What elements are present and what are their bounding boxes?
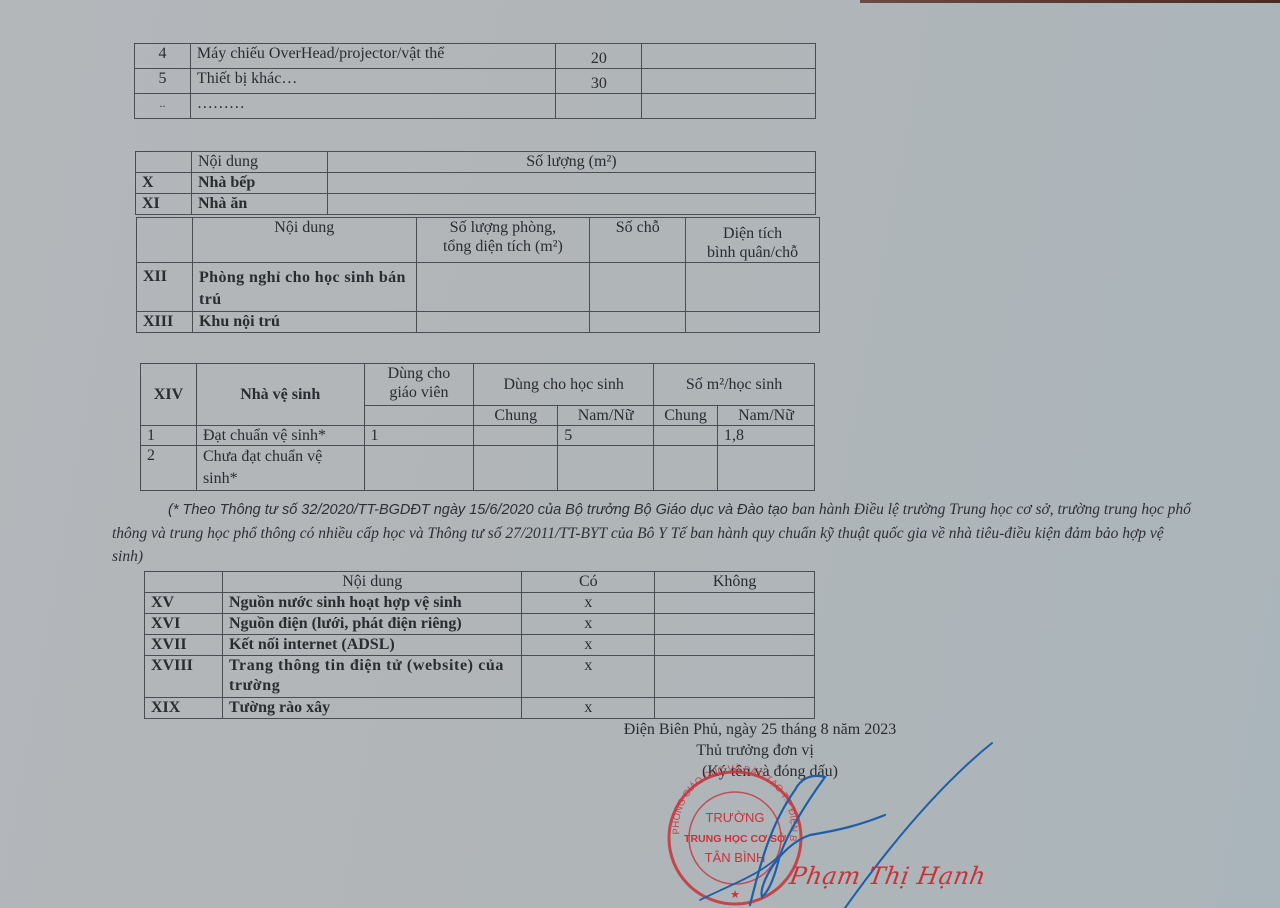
footnote-part1: (* Theo Thông tư số 32/2020/TT-BGDĐT ngà…	[168, 502, 788, 518]
section-title: Nhà vệ sinh	[196, 364, 364, 426]
item-seats	[590, 312, 686, 333]
header-seats: Số chỗ	[590, 218, 686, 263]
item-name: Nguồn điện (lưới, phát điện riêng)	[222, 614, 522, 635]
empty-cell	[364, 406, 474, 426]
no-mark	[655, 635, 815, 656]
per-mf-value: 1,8	[718, 426, 815, 446]
item-name: Kết nối internet (ADSL)	[222, 635, 522, 656]
table-row: XII Phòng nghỉ cho học sinh bán trú	[137, 263, 820, 312]
item-note	[642, 44, 816, 69]
item-avg-area	[686, 312, 820, 333]
table-row: 1 Đạt chuẩn vệ sinh* 1 5 1,8	[141, 426, 815, 446]
row-number: XIX	[145, 698, 223, 719]
table-row: XVIII Trang thông tin điện tử (website) …	[145, 656, 815, 698]
item-quantity: 20	[556, 44, 642, 69]
per-common-value	[654, 446, 718, 491]
header-content: Nội dung	[222, 572, 522, 593]
header-per-mf: Nam/Nữ	[718, 406, 815, 426]
header-avg-area-line2: bình quân/chỗ	[707, 244, 798, 261]
row-number: XII	[137, 263, 193, 312]
header-no: Không	[655, 572, 815, 593]
yes-mark: x	[522, 656, 655, 698]
table-row: 4 Máy chiếu OverHead/projector/vật thể 2…	[135, 44, 816, 69]
signer-name: Phạm Thị Hạnh	[788, 862, 989, 890]
empty-cell	[136, 152, 192, 173]
header-rooms-area-line1: Số lượng phòng,	[450, 219, 556, 236]
photo-edge	[860, 0, 1280, 3]
teacher-value: 1	[364, 426, 474, 446]
no-mark	[655, 614, 815, 635]
item-note	[642, 69, 816, 94]
row-number: 2	[141, 446, 197, 491]
row-number: XV	[145, 593, 223, 614]
header-rooms-area: Số lượng phòng,tổng diện tích (m²)	[416, 218, 590, 263]
header-avg-area: Diện tíchbình quân/chỗ	[686, 218, 820, 263]
item-name: Phòng nghỉ cho học sinh bán trú	[192, 263, 416, 312]
item-quantity	[556, 94, 642, 119]
no-mark	[655, 593, 815, 614]
item-value	[327, 173, 815, 194]
boarding-table: Nội dung Số lượng phòng,tổng diện tích (…	[136, 217, 820, 333]
item-name: Nhà bếp	[191, 173, 327, 194]
yes-mark: x	[522, 698, 655, 719]
header-rooms-area-line2: tổng diện tích (m²)	[443, 238, 563, 255]
item-name: Chưa đạt chuẩn vệ sinh*	[196, 446, 364, 491]
item-name: Khu nội trú	[192, 312, 416, 333]
yes-mark: x	[522, 614, 655, 635]
row-number: XVIII	[145, 656, 223, 698]
header-teacher: Dùng chogiáo viên	[364, 364, 474, 406]
row-number: XI	[136, 194, 192, 215]
header-per-student: Số m²/học sinh	[654, 364, 815, 406]
table-row: XIII Khu nội trú	[137, 312, 820, 333]
table-row: 2 Chưa đạt chuẩn vệ sinh*	[141, 446, 815, 491]
table-header-row: Nội dung Số lượng phòng,tổng diện tích (…	[137, 218, 820, 263]
student-mf-value: 5	[558, 426, 654, 446]
header-student: Dùng cho học sinh	[474, 364, 654, 406]
item-name: Nhà ăn	[191, 194, 327, 215]
per-mf-value	[718, 446, 815, 491]
yes-mark: x	[522, 635, 655, 656]
table-row: XVI Nguồn điện (lưới, phát điện riêng) x	[145, 614, 815, 635]
item-note	[642, 94, 816, 119]
row-number: XVI	[145, 614, 223, 635]
table-row: X Nhà bếp	[136, 173, 816, 194]
item-name: ………	[190, 94, 556, 119]
facilities-table: Nội dung Có Không XV Nguồn nước sinh hoạ…	[144, 571, 815, 719]
item-avg-area	[686, 263, 820, 312]
per-common-value	[654, 426, 718, 446]
yes-mark: x	[522, 593, 655, 614]
header-content: Nội dung	[191, 152, 327, 173]
header-teacher-line2: giáo viên	[389, 384, 448, 401]
table-row: XVII Kết nối internet (ADSL) x	[145, 635, 815, 656]
item-rooms-area	[416, 263, 590, 312]
toilet-table: XIV Nhà vệ sinh Dùng chogiáo viên Dùng c…	[140, 363, 815, 491]
no-mark	[655, 656, 815, 698]
header-teacher-line1: Dùng cho	[388, 365, 451, 382]
item-value	[327, 194, 815, 215]
row-number: XIII	[137, 312, 193, 333]
footnote: (* Theo Thông tư số 32/2020/TT-BGDĐT ngà…	[112, 498, 1192, 568]
kitchen-table: Nội dung Số lượng (m²) X Nhà bếp XI Nhà …	[135, 151, 816, 215]
table-row: XIX Tường rào xây x	[145, 698, 815, 719]
student-common-value	[474, 446, 558, 491]
item-name: Trang thông tin điện tử (website) của tr…	[222, 656, 522, 698]
item-name: Máy chiếu OverHead/projector/vật thể	[190, 44, 556, 69]
table-header-row: Nội dung Có Không	[145, 572, 815, 593]
item-name: Đạt chuẩn vệ sinh*	[196, 426, 364, 446]
section-number: XIV	[141, 364, 197, 426]
header-per-common: Chung	[654, 406, 718, 426]
row-number: 4	[135, 44, 191, 69]
item-name: Thiết bị khác…	[190, 69, 556, 94]
student-mf-value	[558, 446, 654, 491]
empty-cell	[137, 218, 193, 263]
header-content: Nội dung	[192, 218, 416, 263]
no-mark	[655, 698, 815, 719]
header-avg-area-line1: Diện tích	[723, 225, 782, 242]
item-rooms-area	[416, 312, 590, 333]
table-row: XV Nguồn nước sinh hoạt hợp vệ sinh x	[145, 593, 815, 614]
row-number: 1	[141, 426, 197, 446]
row-number: ..	[135, 94, 191, 119]
header-yes: Có	[522, 572, 655, 593]
teacher-value	[364, 446, 474, 491]
header-quantity: Số lượng (m²)	[327, 152, 815, 173]
table-row: 5 Thiết bị khác… 30	[135, 69, 816, 94]
header-student-mf: Nam/Nữ	[558, 406, 654, 426]
table-row: .. ………	[135, 94, 816, 119]
row-number: X	[136, 173, 192, 194]
student-common-value	[474, 426, 558, 446]
row-number: 5	[135, 69, 191, 94]
header-student-common: Chung	[474, 406, 558, 426]
table-header-row: XIV Nhà vệ sinh Dùng chogiáo viên Dùng c…	[141, 364, 815, 406]
item-seats	[590, 263, 686, 312]
table-row: XI Nhà ăn	[136, 194, 816, 215]
equipment-table: 4 Máy chiếu OverHead/projector/vật thể 2…	[134, 43, 816, 119]
empty-cell	[145, 572, 223, 593]
row-number: XVII	[145, 635, 223, 656]
item-name: Nguồn nước sinh hoạt hợp vệ sinh	[222, 593, 522, 614]
table-header-row: Nội dung Số lượng (m²)	[136, 152, 816, 173]
item-name: Tường rào xây	[222, 698, 522, 719]
item-quantity: 30	[556, 69, 642, 94]
